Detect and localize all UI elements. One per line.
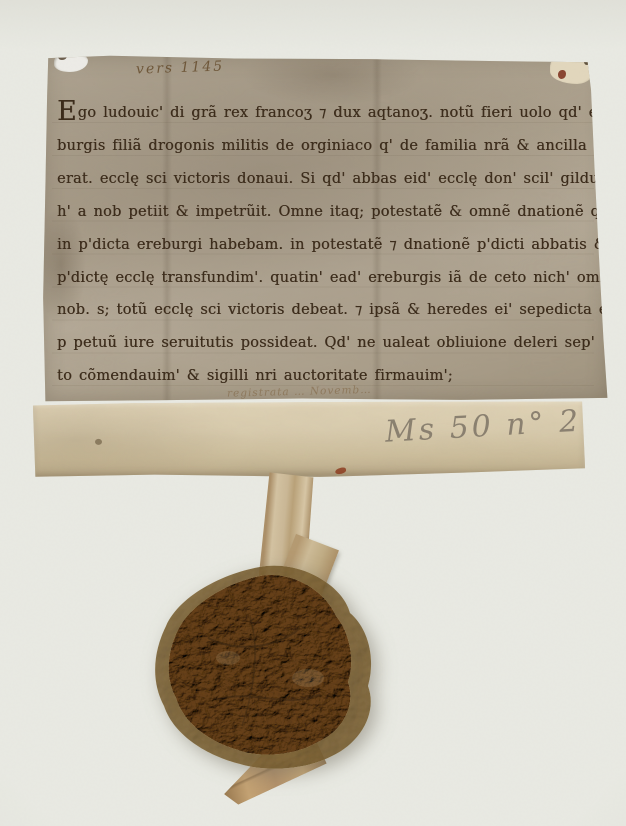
damage-patch-top-right	[550, 56, 596, 84]
charter-line: h' a nob petiit & impetrũit. Omne itaq; …	[57, 196, 587, 229]
charter-line: nob. s; totũ ecclę sci victoris debeat. …	[57, 294, 587, 327]
charter-text-block: Ego ludouic' di grã rex francoʒ ⁊ dux aq…	[57, 96, 587, 393]
red-wax-mark	[335, 467, 347, 475]
charter-line: p'dictę ecclę transfundim'. quatin' ead'…	[57, 262, 587, 295]
dark-speck	[584, 59, 590, 65]
charter-line: p petuũ iure seruitutis possideat. Qd' n…	[57, 327, 587, 360]
charter-line: Ego ludouic' di grã rex francoʒ ⁊ dux aq…	[57, 96, 587, 130]
red-wax-dot	[558, 70, 566, 79]
opening-initial: E	[57, 96, 78, 127]
wax-seal	[148, 558, 380, 778]
photo-background: Ms 50 n° 2 vers 1145 Ego ludouic' di grã…	[0, 0, 626, 826]
charter-line: in p'dicta ereburgi habebam. in potestat…	[57, 229, 587, 262]
shelfmark-pencil-note: Ms 50 n° 2	[384, 404, 582, 450]
dark-speck	[58, 53, 67, 60]
date-annotation: vers 1145	[136, 58, 225, 77]
charter-line: burgis filiã drogonis militis de orginia…	[57, 130, 587, 163]
damage-patch-top-left	[54, 52, 88, 72]
charter-sheet: vers 1145 Ego ludouic' di grã rex franco…	[42, 55, 608, 402]
plica-fold: Ms 50 n° 2	[33, 401, 585, 478]
charter-line: erat. ecclę sci victoris donaui. Si qd' …	[57, 163, 587, 196]
ink-speck	[95, 439, 102, 445]
